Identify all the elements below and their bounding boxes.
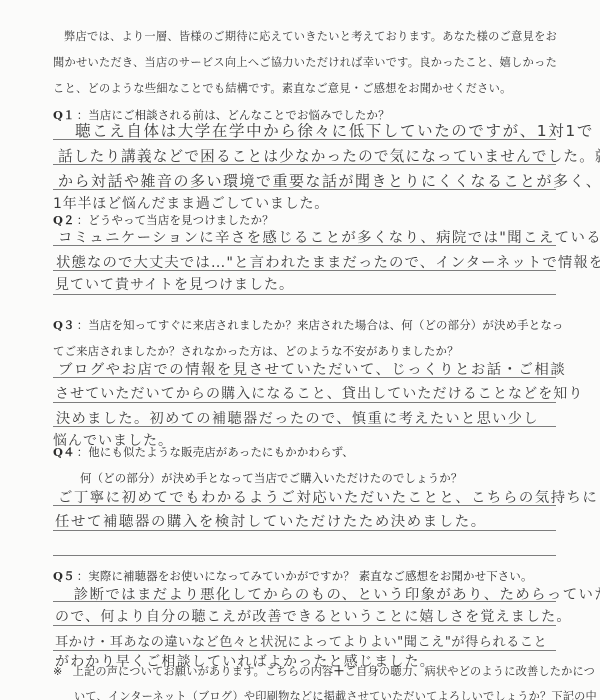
answer-line: させていただいてからの購入になること、貸出していただけることなどを知り [55,383,555,403]
question-4: Q４：他にも似たような販売店があったにもかかわらず、 [53,444,354,460]
ruled-line [53,189,556,190]
ruled-line [53,139,556,140]
answer-line: 耳かけ・耳あなの違いなど色々と状況によってよりよい"聞こえ"が得られること [55,631,555,650]
question-number: Q２ [53,213,75,227]
ruled-line [53,245,556,246]
ruled-line [53,402,556,403]
answer-line: から対話や雑音の多い環境で重要な話が聞きとりにくくなることが多く、 [58,170,558,191]
answer-line: 任せて補聴器の購入を検討していただけたため決めました。 [55,510,555,531]
question-text: ：どうやって当店を見つけましたか？ [77,213,274,227]
answer-line: ので、何より自分の聴こえが改善できるということに嬉しさを覚えました。 [55,606,555,626]
question-5: Q５：実際に補聴器をお使いになってみていかがですか？ 素直なご感想をお聞かせ下さ… [53,568,533,584]
question-number: Q３ [53,318,75,332]
question-number: Q４ [53,445,75,459]
question-3: Q３：当店を知ってすぐに来店されましたか？来店された場合は、何（どの部分）が決め… [53,317,564,333]
feedback-form-page: 弊店では、より一層、皆様のご期待に応えていきたいと考えております。あなた様のご意… [0,0,600,700]
answer-line: コミュニケーションに辛さを感じることが多くなり、病院では"聞こえている [58,226,558,247]
reference-mark: ※ [53,665,63,678]
footnote-line-1: ※上記の声についてお願いがあります。こちらの内容＋ご自身の聴力、病状やどのように… [53,663,595,679]
answer-line: ご丁寧に初めてでもわかるようご対応いただいたことと、こちらの気持ちに [58,486,558,507]
question-text: ：実際に補聴器をお使いになってみていかがですか？ 素直なご感想をお聞かせ下さい。 [77,569,533,583]
answer-line: 状態なので大丈夫では…"と言われたままだったので、インターネットで情報を [56,251,556,272]
footnote-line-2: いて、インターネット（ブログ）や印刷物などに掲載させていただいてよろしいでしょう… [74,688,597,700]
ruled-line [53,294,556,295]
footnote-text: 上記の声についてお願いがあります。こちらの内容 [73,665,334,678]
ruled-line [53,164,556,165]
question-text: ：他にも似たような販売店があったにもかかわらず、 [77,445,354,459]
ruled-line [53,625,556,626]
answer-line: 決めました。初めての補聴器だったので、慎重に考えたいと思い少し [56,408,556,428]
footnote-text: ご自身の聴力、病状やどのように改善したかにつ [345,665,595,678]
answer-line: 見ていて貴サイトを見つけました。 [55,274,555,294]
question-4-continued: 何（どの部分）が決め手となって当店でご購入いただけたのでしょうか？ [80,470,463,486]
question-number: Q５ [53,569,75,583]
ruled-line [53,426,556,427]
answer-line: 1年半ほど悩んだまま過ごしていました。 [53,193,553,213]
ruled-line [53,377,556,378]
answer-line: 聴こえ自体は大学在学中から徐々に低下していたのですが、1対1で [58,119,558,141]
answer-line: ブログやお店での情報を見させていただいて、じっくりとお話・ご相談 [58,358,558,379]
question-text: ：当店を知ってすぐに来店されましたか？来店された場合は、何（どの部分）が決め手と… [77,318,564,332]
answer-line: 話したり講義などで困ることは少なかったので気になっていませんでした。就職して [58,145,558,166]
ruled-line [53,505,556,506]
ruled-line [53,270,556,271]
plus-icon: ＋ [333,664,344,678]
ruled-line [53,555,556,556]
ruled-line [53,601,556,602]
ruled-line [53,530,556,531]
question-3-continued: てご来店されましたか？されなかった方は、どのような不安がありましたか？ [53,343,459,359]
intro-paragraph: 弊店では、より一層、皆様のご期待に応えていきたいと考えております。あなた様のご意… [53,24,563,102]
